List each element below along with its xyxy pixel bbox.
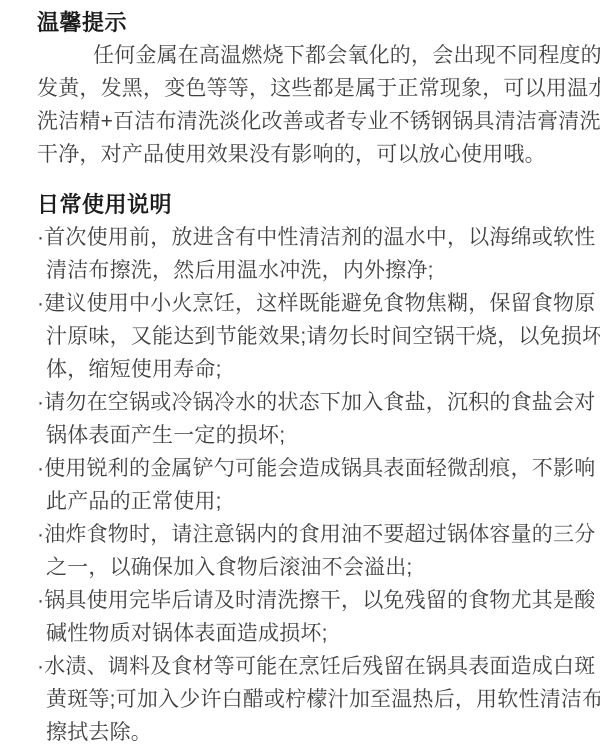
bullet-line: ·首次使用前，放进含有中性清洁剂的温水中，以海绵或软性 — [37, 221, 566, 254]
bullet-item: ·水渍、调料及食材等可能在烹饪后残留在锅具表面造成白斑黄斑等;可加入少许白醋或柠… — [37, 650, 566, 745]
tips-paragraph: 任何金属在高温燃烧下都会氧化的，会出现不同程度的发黄，发黑，变色等等，这些都是属… — [37, 39, 566, 171]
bullet-line: 擦拭去除。 — [37, 716, 566, 745]
bullet-item: ·使用锐利的金属铲勺可能会造成锅具表面轻微刮痕，不影响此产品的正常使用; — [37, 452, 566, 518]
bullet-line: ·请勿在空锅或冷锅冷水的状态下加入食盐，沉积的食盐会对 — [37, 386, 566, 419]
bullet-line: 之一，以确保加入食物后滚油不会溢出; — [37, 551, 566, 584]
tips-heading: 温馨提示 — [37, 6, 566, 39]
bullet-line: 锅体表面产生一定的损坏; — [37, 419, 566, 452]
bullet-line: ·油炸食物时，请注意锅内的食用油不要超过锅体容量的三分 — [37, 518, 566, 551]
bullet-line: 体，缩短使用寿命; — [37, 353, 566, 386]
instructions-page: 温馨提示 任何金属在高温燃烧下都会氧化的，会出现不同程度的发黄，发黑，变色等等，… — [0, 0, 600, 745]
bullet-line: 黄斑等;可加入少许白醋或柠檬汁加至温热后，用软性清洁布 — [37, 683, 566, 716]
tips-paragraph-line: 任何金属在高温燃烧下都会氧化的，会出现不同程度的 — [37, 39, 566, 72]
bullet-item: ·建议使用中小火烹饪，这样既能避免食物焦糊，保留食物原汁原味，又能达到节能效果;… — [37, 287, 566, 386]
bullet-line: 汁原味，又能达到节能效果;请勿长时间空锅干烧，以免损坏 — [37, 320, 566, 353]
bullet-item: ·请勿在空锅或冷锅冷水的状态下加入食盐，沉积的食盐会对锅体表面产生一定的损坏; — [37, 386, 566, 452]
tips-paragraph-line: 洗洁精+百洁布清洗淡化改善或者专业不锈钢锅具清洁膏清洗 — [37, 105, 566, 138]
usage-bullet-list: ·首次使用前，放进含有中性清洁剂的温水中，以海绵或软性清洁布擦洗，然后用温水冲洗… — [37, 221, 566, 745]
bullet-line: ·使用锐利的金属铲勺可能会造成锅具表面轻微刮痕，不影响 — [37, 452, 566, 485]
bullet-item: ·油炸食物时，请注意锅内的食用油不要超过锅体容量的三分之一，以确保加入食物后滚油… — [37, 518, 566, 584]
bullet-line: 此产品的正常使用; — [37, 485, 566, 518]
bullet-line: ·水渍、调料及食材等可能在烹饪后残留在锅具表面造成白斑 — [37, 650, 566, 683]
bullet-line: 碱性物质对锅体表面造成损坏; — [37, 617, 566, 650]
bullet-item: ·锅具使用完毕后请及时清洗擦干，以免残留的食物尤其是酸碱性物质对锅体表面造成损坏… — [37, 584, 566, 650]
bullet-line: 清洁布擦洗，然后用温水冲洗，内外擦净; — [37, 254, 566, 287]
bullet-line: ·建议使用中小火烹饪，这样既能避免食物焦糊，保留食物原 — [37, 287, 566, 320]
usage-heading: 日常使用说明 — [37, 188, 566, 221]
tips-paragraph-line: 干净，对产品使用效果没有影响的，可以放心使用哦。 — [37, 138, 566, 171]
bullet-item: ·首次使用前，放进含有中性清洁剂的温水中，以海绵或软性清洁布擦洗，然后用温水冲洗… — [37, 221, 566, 287]
bullet-line: ·锅具使用完毕后请及时清洗擦干，以免残留的食物尤其是酸 — [37, 584, 566, 617]
tips-paragraph-line: 发黄，发黑，变色等等，这些都是属于正常现象，可以用温水 — [37, 72, 566, 105]
